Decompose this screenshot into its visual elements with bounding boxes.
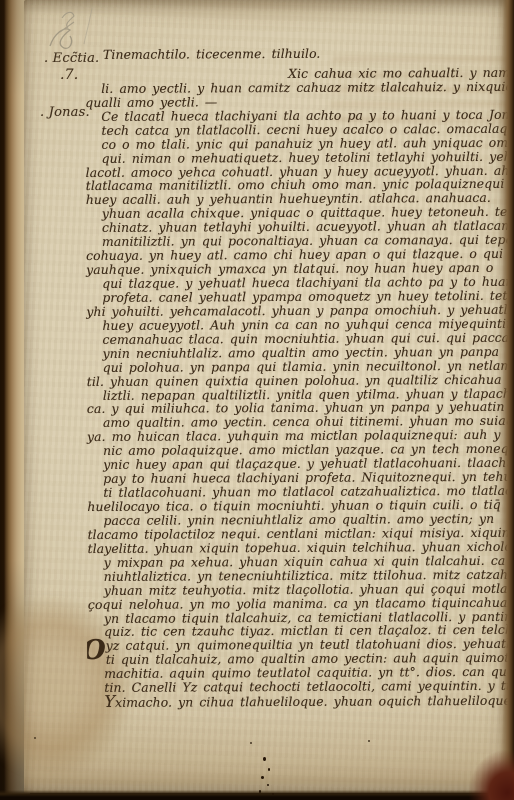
manuscript-line: Tinemachtilo. ticecenme. tilhuilo. (103, 46, 510, 62)
ink-splatter (261, 776, 264, 779)
bottom-stain-band (24, 709, 514, 785)
manuscript-line: li. amo yectli. y huan camitz cahuaz mit… (101, 80, 510, 96)
ink-splatter (272, 793, 274, 795)
binding-corner-stain (458, 738, 514, 800)
ink-splatter (263, 757, 266, 761)
ink-splatter (267, 784, 269, 786)
top-stain (54, 0, 474, 46)
page-fore-edge (498, 0, 514, 800)
margin-note-jonas: . Jonas. (40, 105, 90, 120)
ink-splatter (259, 790, 261, 793)
manuscript-text-block: Tinemachtilo. ticecenme. tilhuilo.Xic ca… (84, 46, 513, 711)
margin-note-seven: .7. (60, 67, 78, 83)
ink-speck (368, 740, 370, 742)
book-photo: . Ecc̃tia. .7. . Jonas. Tinemachtilo. ti… (0, 0, 514, 800)
ink-speck (250, 742, 252, 744)
book-bottom-edge (0, 790, 514, 800)
manuscript-line: Yximacho. yn cihua tlahueliloque. yhuan … (104, 693, 513, 709)
ink-splatter (268, 768, 270, 771)
ink-speck (34, 737, 36, 739)
